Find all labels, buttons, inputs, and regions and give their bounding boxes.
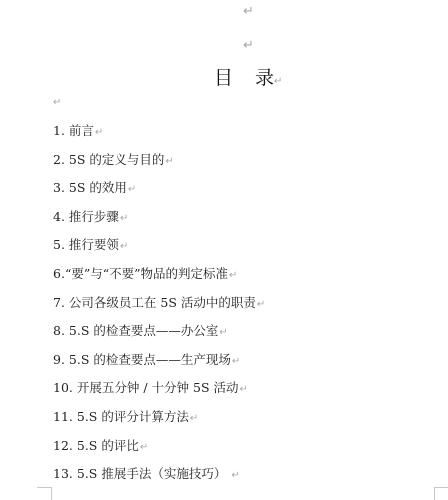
paragraph-mark: ↵ — [257, 299, 265, 310]
page-margin-corner-right — [434, 487, 448, 500]
toc-item[interactable]: 13. 5.S 推展手法（实施技巧） ↵ — [53, 464, 265, 493]
toc-item[interactable]: 3. 5S 的效用↵ — [53, 178, 265, 207]
paragraph-mark: ↵ — [120, 213, 128, 224]
paragraph-mark: ↵ — [240, 384, 248, 395]
page-margin-corner-left — [37, 487, 52, 500]
toc-item[interactable]: 12. 5.S 的评比↵ — [53, 436, 265, 465]
paragraph-mark: ↵ — [128, 184, 136, 195]
title-char-1: 目 — [214, 67, 233, 89]
paragraph-mark: ↵ — [274, 76, 282, 87]
paragraph-mark: ↵ — [243, 4, 254, 19]
toc-item[interactable]: 6.“要”与“不要”物品的判定标准↵ — [53, 264, 265, 293]
table-of-contents: 1. 前言↵ 2. 5S 的定义与目的↵ 3. 5S 的效用↵ 4. 推行步骤↵… — [53, 121, 265, 493]
toc-item[interactable]: 10. 开展五分钟 / 十分钟 5S 活动↵ — [53, 378, 265, 407]
paragraph-mark: ↵ — [232, 356, 240, 367]
paragraph-mark: ↵ — [231, 470, 239, 481]
paragraph-mark: ↵ — [190, 413, 198, 424]
toc-item[interactable]: 1. 前言↵ — [53, 121, 265, 150]
title-char-2: 录 — [255, 67, 274, 89]
paragraph-mark: ↵ — [219, 327, 227, 338]
paragraph-mark: ↵ — [229, 270, 237, 281]
toc-item[interactable]: 2. 5S 的定义与目的↵ — [53, 150, 265, 179]
paragraph-mark: ↵ — [165, 156, 173, 167]
toc-item[interactable]: 8. 5.S 的检查要点——办公室↵ — [53, 321, 265, 350]
paragraph-mark: ↵ — [140, 442, 148, 453]
paragraph-mark: ↵ — [53, 97, 61, 108]
toc-item[interactable]: 9. 5.S 的检查要点——生产现场↵ — [53, 350, 265, 379]
page-title: 目录↵ — [214, 63, 282, 90]
toc-item[interactable]: 11. 5.S 的评分计算方法↵ — [53, 407, 265, 436]
paragraph-mark: ↵ — [95, 127, 103, 138]
paragraph-mark: ↵ — [120, 241, 128, 252]
toc-item[interactable]: 4. 推行步骤↵ — [53, 207, 265, 236]
toc-item[interactable]: 5. 推行要领↵ — [53, 235, 265, 264]
paragraph-mark: ↵ — [243, 38, 254, 53]
toc-item[interactable]: 7. 公司各级员工在 5S 活动中的职责↵ — [53, 293, 265, 322]
